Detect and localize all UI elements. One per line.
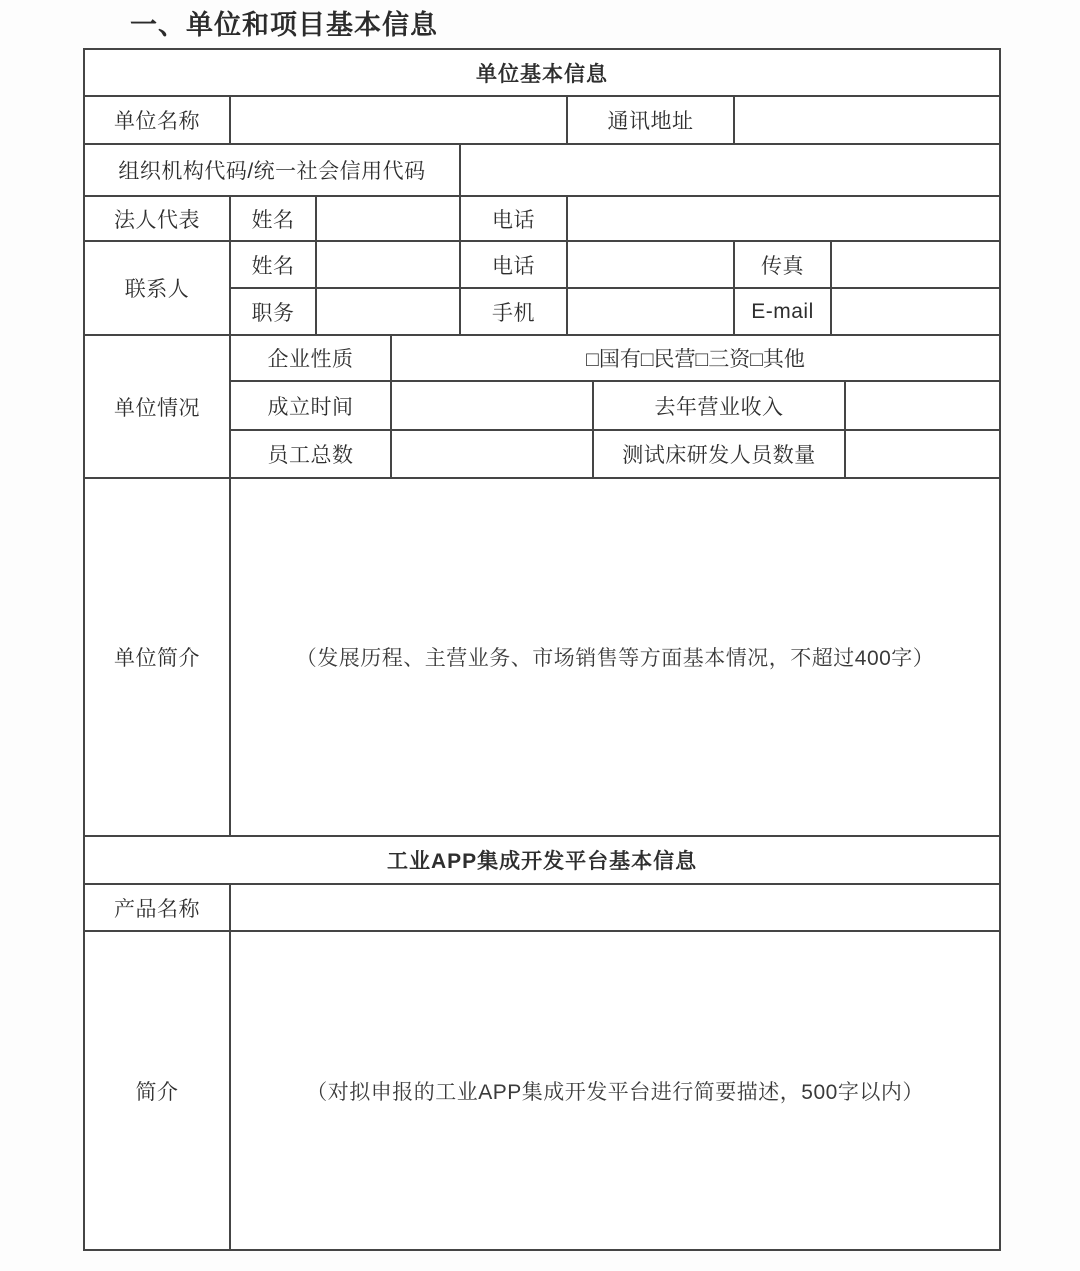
- intro-label: 简介: [84, 931, 230, 1250]
- unit-profile-field[interactable]: （发展历程、主营业务、市场销售等方面基本情况，不超过400字）: [230, 478, 1000, 836]
- legal-name-field[interactable]: [316, 196, 460, 241]
- table-row: 联系人 姓名 电话 传真: [84, 241, 1000, 288]
- table-row: 产品名称: [84, 884, 1000, 931]
- section1-header: 单位基本信息: [84, 49, 1000, 96]
- job-title-field[interactable]: [316, 288, 460, 335]
- table-row: 工业APP集成开发平台基本信息: [84, 836, 1000, 884]
- contact-name-label: 姓名: [230, 241, 316, 288]
- section2-header: 工业APP集成开发平台基本信息: [84, 836, 1000, 884]
- email-label: E-mail: [734, 288, 831, 335]
- legal-phone-field[interactable]: [567, 196, 1000, 241]
- table-row: 单位名称 通讯地址: [84, 96, 1000, 144]
- revenue-label: 去年营业收入: [593, 381, 845, 430]
- product-name-label: 产品名称: [84, 884, 230, 931]
- table-row: 法人代表 姓名 电话: [84, 196, 1000, 241]
- unit-name-field[interactable]: [230, 96, 567, 144]
- employees-field[interactable]: [391, 430, 593, 478]
- table-row: 单位简介 （发展历程、主营业务、市场销售等方面基本情况，不超过400字）: [84, 478, 1000, 836]
- revenue-field[interactable]: [845, 381, 1000, 430]
- table-row: 单位基本信息: [84, 49, 1000, 96]
- founded-field[interactable]: [391, 381, 593, 430]
- enterprise-type-checkbox-group[interactable]: □国有□民营□三资□其他: [391, 335, 1000, 381]
- unit-profile-label: 单位简介: [84, 478, 230, 836]
- legal-phone-label: 电话: [460, 196, 567, 241]
- fax-label: 传真: [734, 241, 831, 288]
- document-page: 一、单位和项目基本信息 单位基本信息 单位名称 通讯地址 组织机构代码/统一社会…: [0, 0, 1080, 1271]
- intro-field[interactable]: （对拟申报的工业APP集成开发平台进行简要描述，500字以内）: [230, 931, 1000, 1250]
- employees-label: 员工总数: [230, 430, 391, 478]
- org-code-label: 组织机构代码/统一社会信用代码: [84, 144, 460, 196]
- product-name-field[interactable]: [230, 884, 1000, 931]
- application-form-table: 单位基本信息 单位名称 通讯地址 组织机构代码/统一社会信用代码 法人代表 姓名…: [83, 48, 1001, 1251]
- fax-field[interactable]: [831, 241, 1000, 288]
- address-field[interactable]: [734, 96, 1000, 144]
- legal-name-label: 姓名: [230, 196, 316, 241]
- unit-name-label: 单位名称: [84, 96, 230, 144]
- job-title-label: 职务: [230, 288, 316, 335]
- address-label: 通讯地址: [567, 96, 734, 144]
- email-field[interactable]: [831, 288, 1000, 335]
- legal-rep-label: 法人代表: [84, 196, 230, 241]
- contact-phone-label: 电话: [460, 241, 567, 288]
- table-row: 单位情况 企业性质 □国有□民营□三资□其他: [84, 335, 1000, 381]
- founded-label: 成立时间: [230, 381, 391, 430]
- mobile-field[interactable]: [567, 288, 734, 335]
- org-code-field[interactable]: [460, 144, 1000, 196]
- table-row: 组织机构代码/统一社会信用代码: [84, 144, 1000, 196]
- table-row: 简介 （对拟申报的工业APP集成开发平台进行简要描述，500字以内）: [84, 931, 1000, 1250]
- rd-staff-label: 测试床研发人员数量: [593, 430, 845, 478]
- page-title: 一、单位和项目基本信息: [0, 0, 1080, 42]
- mobile-label: 手机: [460, 288, 567, 335]
- contact-phone-field[interactable]: [567, 241, 734, 288]
- contact-label: 联系人: [84, 241, 230, 335]
- rd-staff-field[interactable]: [845, 430, 1000, 478]
- enterprise-type-label: 企业性质: [230, 335, 391, 381]
- contact-name-field[interactable]: [316, 241, 460, 288]
- unit-status-label: 单位情况: [84, 335, 230, 478]
